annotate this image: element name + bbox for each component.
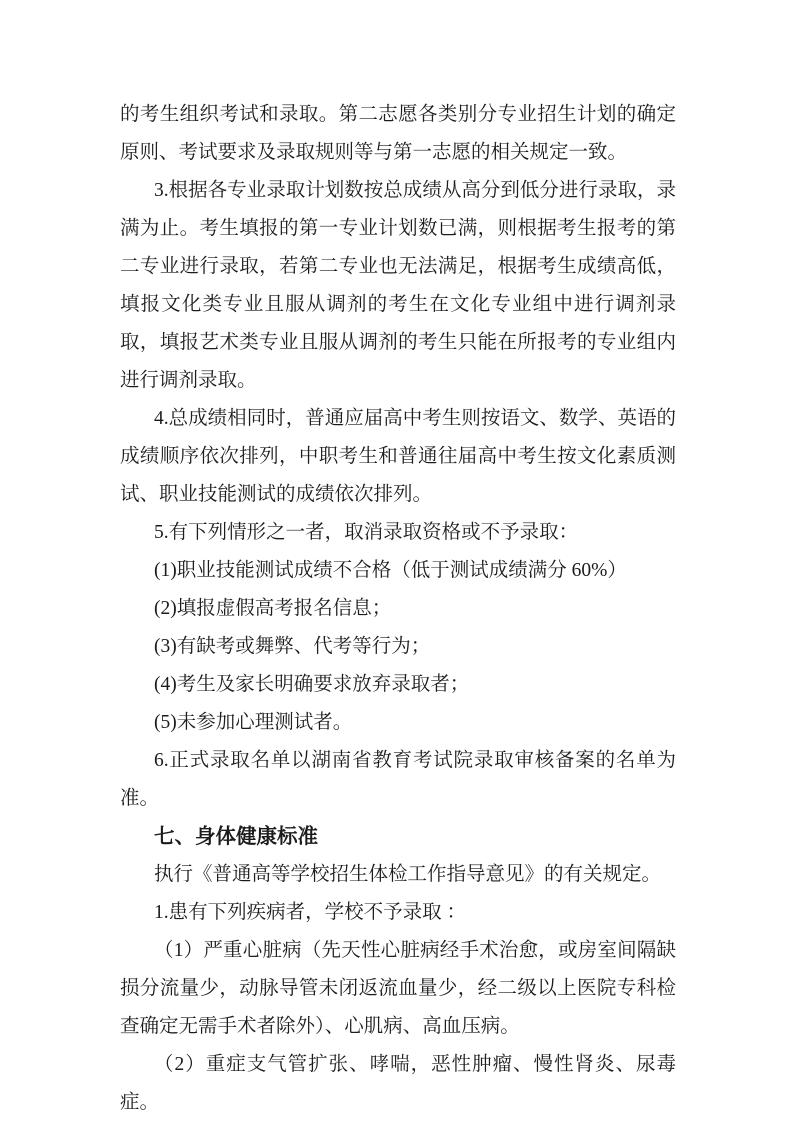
body-paragraph: 1.患有下列疾病者，学校不予录取 ： [120,894,676,932]
body-paragraph: 3.根据各专业录取计划数按总成绩从高分到低分进行录取，录满为止。考生填报的第一专… [120,172,676,400]
body-paragraph: 5.有下列情形之一者，取消录取资格或不予录取： [120,514,676,552]
body-paragraph: (4)考生及家长明确要求放弃录取者； [120,666,676,704]
body-paragraph: (2)填报虚假高考报名信息； [120,590,676,628]
document-content: 的考生组织考试和录取。第二志愿各类别分专业招生计划的确定原则、考试要求及录取规则… [120,96,676,1122]
body-paragraph: (1)职业技能测试成绩不合格（低于测试成绩满分 60%） [120,552,676,590]
section-heading: 七、身体健康标准 [120,818,676,856]
body-paragraph: 4.总成绩相同时，普通应届高中考生则按语文、数学、英语的成绩顺序依次排列，中职考… [120,400,676,514]
body-paragraph: 6.正式录取名单以湖南省教育考试院录取审核备案的名单为准。 [120,742,676,818]
body-paragraph: （2）重症支气管扩张、哮喘，恶性肿瘤、慢性肾炎、尿毒症。 [120,1046,676,1122]
document-page: 的考生组织考试和录取。第二志愿各类别分专业招生计划的确定原则、考试要求及录取规则… [0,0,793,1122]
body-paragraph: 执行《普通高等学校招生体检工作指导意见》的有关规定。 [120,856,676,894]
body-paragraph: (5)未参加心理测试者。 [120,704,676,742]
body-paragraph: 的考生组织考试和录取。第二志愿各类别分专业招生计划的确定原则、考试要求及录取规则… [120,96,676,172]
body-paragraph: (3)有缺考或舞弊、代考等行为； [120,628,676,666]
body-paragraph: （1）严重心脏病（先天性心脏病经手术治愈，或房室间隔缺损分流量少，动脉导管未闭返… [120,932,676,1046]
